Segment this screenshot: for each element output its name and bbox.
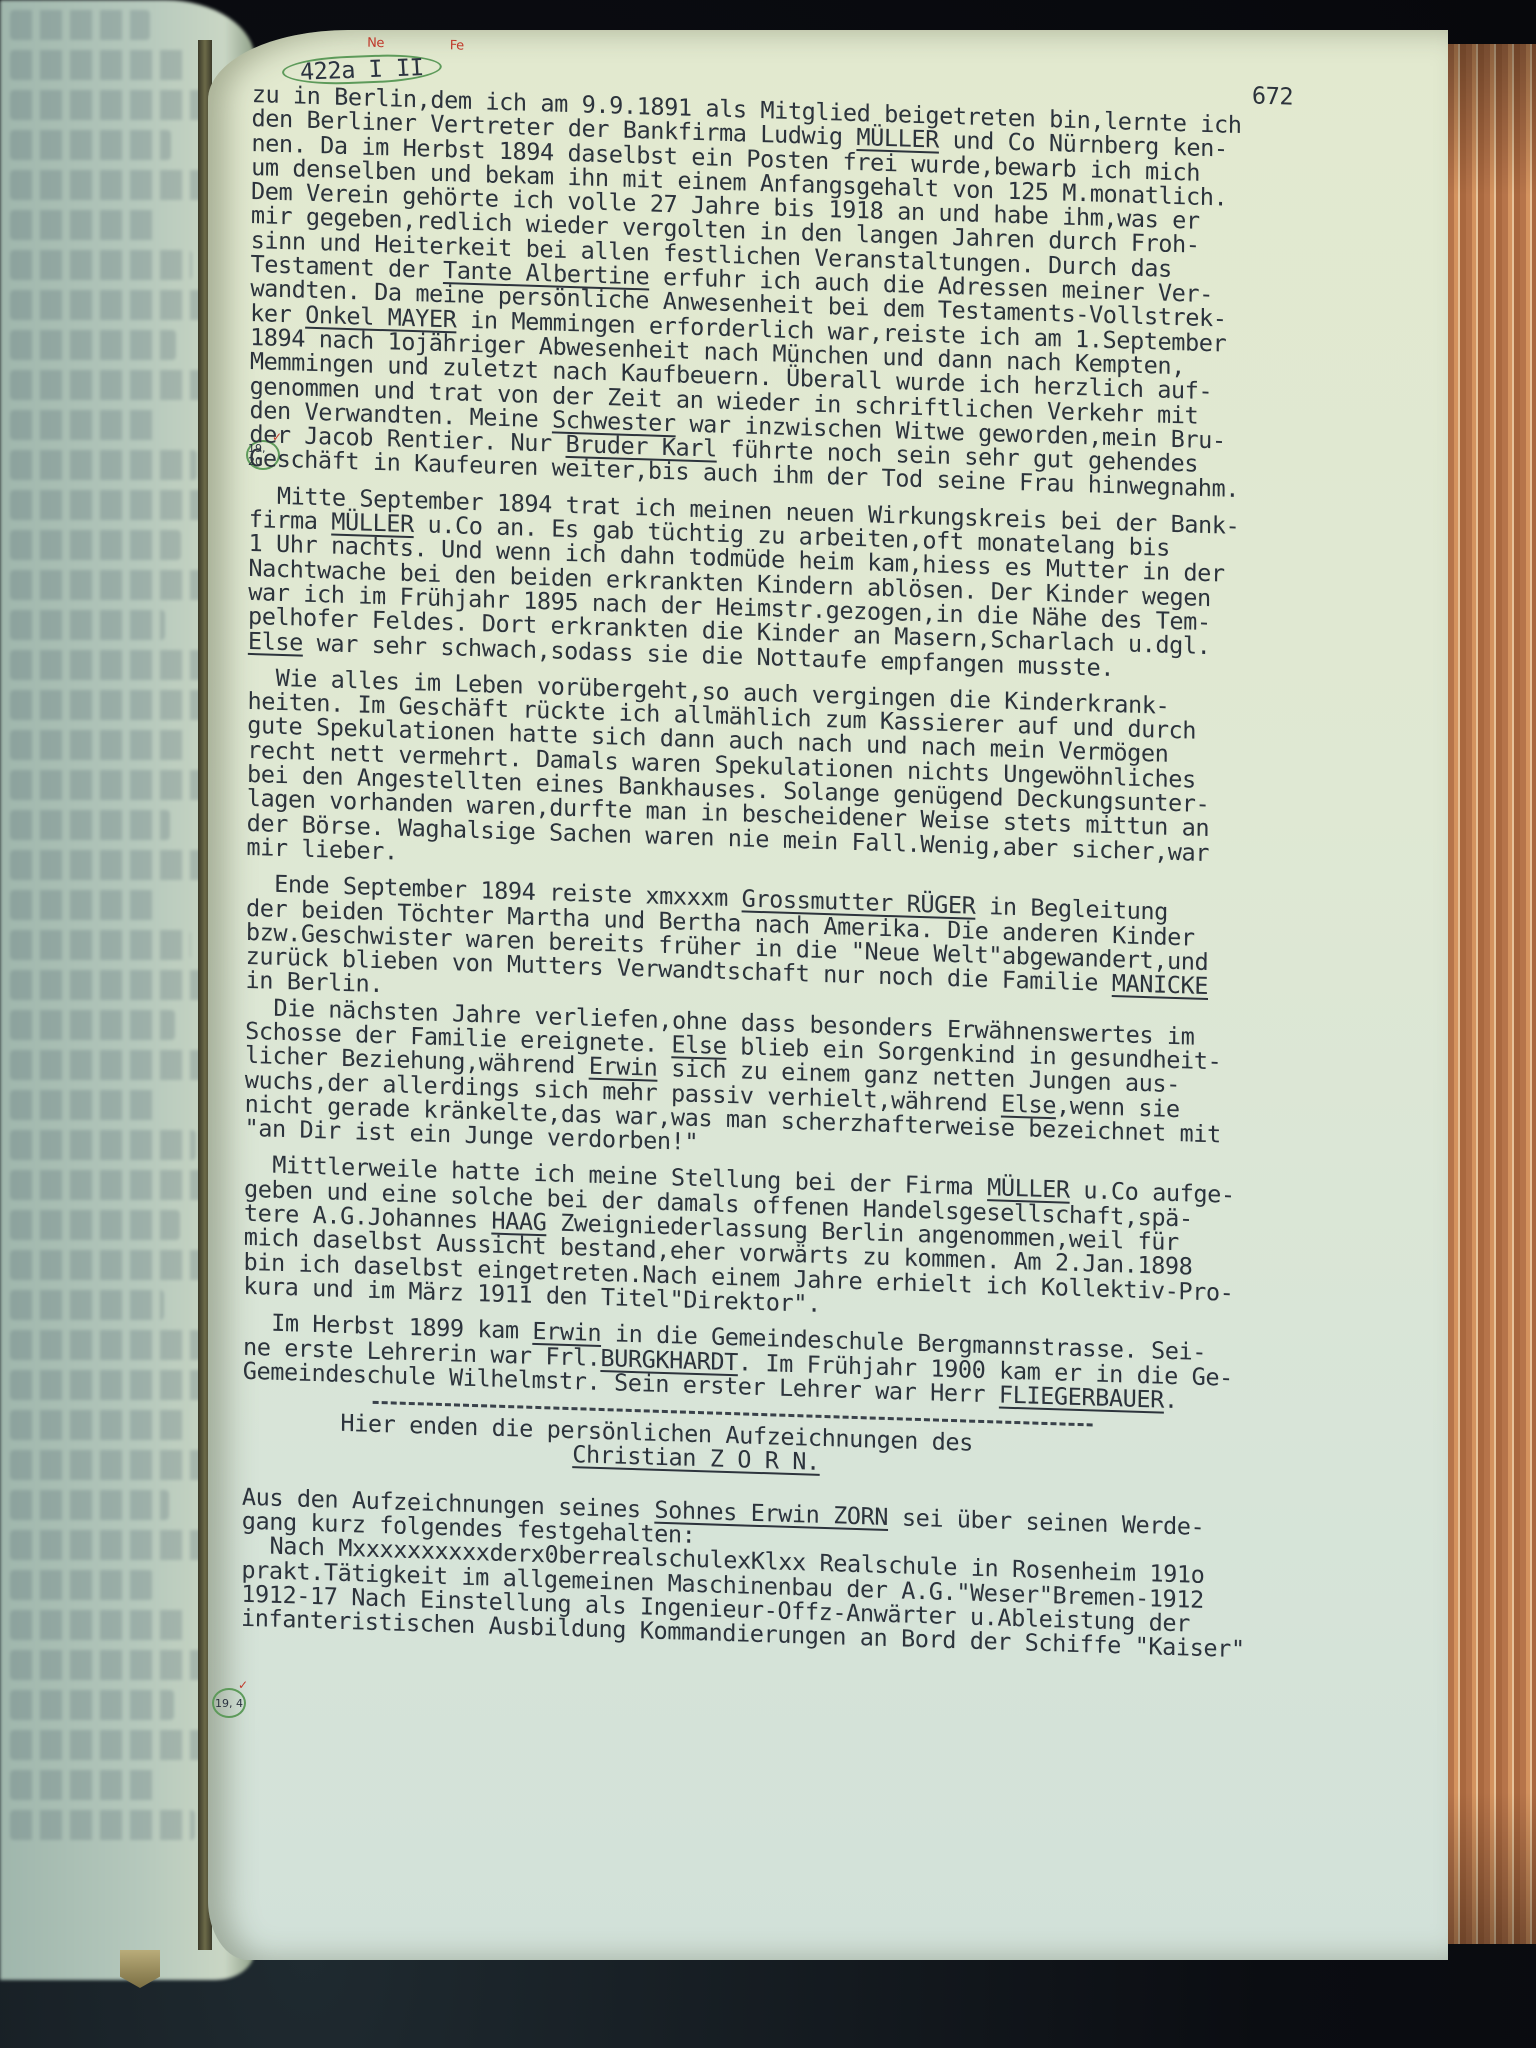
blurred-text-line <box>10 1810 195 1840</box>
page-edges <box>1448 44 1536 1944</box>
blurred-text-line <box>10 1690 174 1720</box>
blurred-text-line <box>10 1330 201 1360</box>
blurred-text-line <box>10 890 154 920</box>
blurred-text-line <box>10 1570 153 1600</box>
blurred-text-line <box>10 1250 217 1280</box>
blurred-text-line <box>10 1210 180 1240</box>
blurred-text-line <box>10 1050 212 1080</box>
paragraph: Mittlerweile hatte ich meine Stellung be… <box>243 1152 1434 1335</box>
blurred-text-line <box>10 930 191 960</box>
underlined-name: Else <box>248 626 303 656</box>
red-mark: Fe <box>450 38 464 53</box>
blurred-text-line <box>10 650 202 680</box>
blurred-text-line <box>10 1770 158 1800</box>
underlined-name: FLIEGERBAUER <box>999 1380 1164 1413</box>
page-content: Ne Fe 422a I II 672 zu in Berlin,dem ich… <box>241 58 1442 1668</box>
blurred-text-line <box>10 730 186 760</box>
blurred-text-line <box>10 1650 227 1680</box>
blurred-text-line <box>10 610 165 640</box>
margin-annotation-2: 19, 4 ✓ <box>212 1688 246 1718</box>
blurred-text-line <box>10 850 207 880</box>
blurred-text-line <box>10 1130 196 1160</box>
blurred-text-line <box>10 10 150 40</box>
blurred-text-line <box>10 90 224 120</box>
blurred-text-line <box>10 970 228 1000</box>
red-mark: Ne <box>367 36 384 52</box>
blurred-text-line <box>10 1490 169 1520</box>
blurred-text-line <box>10 210 155 240</box>
reference-label: 422a I II <box>281 52 442 86</box>
page-number: 672 <box>1252 83 1293 109</box>
blurred-text-line <box>10 770 223 800</box>
blurred-text-line <box>10 1530 206 1560</box>
blurred-text-line <box>10 130 171 160</box>
blurred-text-line <box>10 1450 222 1480</box>
blurred-text-line <box>10 450 197 480</box>
blurred-text-line <box>10 1730 211 1760</box>
blurred-text-line <box>10 370 213 400</box>
red-check-icon: ✓ <box>238 1678 248 1692</box>
blurred-text-line <box>10 290 229 320</box>
underlined-name: MANICKE <box>1112 969 1208 1000</box>
paragraph: Mitte September 1894 trat ich meinen neu… <box>248 483 1439 690</box>
blurred-text-line <box>10 810 170 840</box>
blurred-text-line <box>10 530 181 560</box>
blurred-text-line <box>10 1410 185 1440</box>
paragraph: Wie alles im Leben vorübergeht,so auch v… <box>246 665 1437 897</box>
blurred-text-line <box>10 1610 190 1640</box>
blurred-text-line <box>10 1090 159 1120</box>
blurred-text-line <box>10 330 176 360</box>
blurred-text-line <box>10 1010 175 1040</box>
blurred-text-line <box>10 250 192 280</box>
body-text: zu in Berlin,dem ich am 9.9.1891 als Mit… <box>243 82 1442 1420</box>
blurred-text-line <box>10 570 218 600</box>
margin-annotation-text: 19, 4 <box>215 1697 243 1710</box>
blurred-text-line <box>10 170 208 200</box>
blurred-text-line <box>10 50 187 80</box>
paragraph: zu in Berlin,dem ich am 9.9.1891 als Mit… <box>249 82 1442 508</box>
blurred-text-line <box>10 410 160 440</box>
blurred-text-line <box>10 1290 164 1320</box>
